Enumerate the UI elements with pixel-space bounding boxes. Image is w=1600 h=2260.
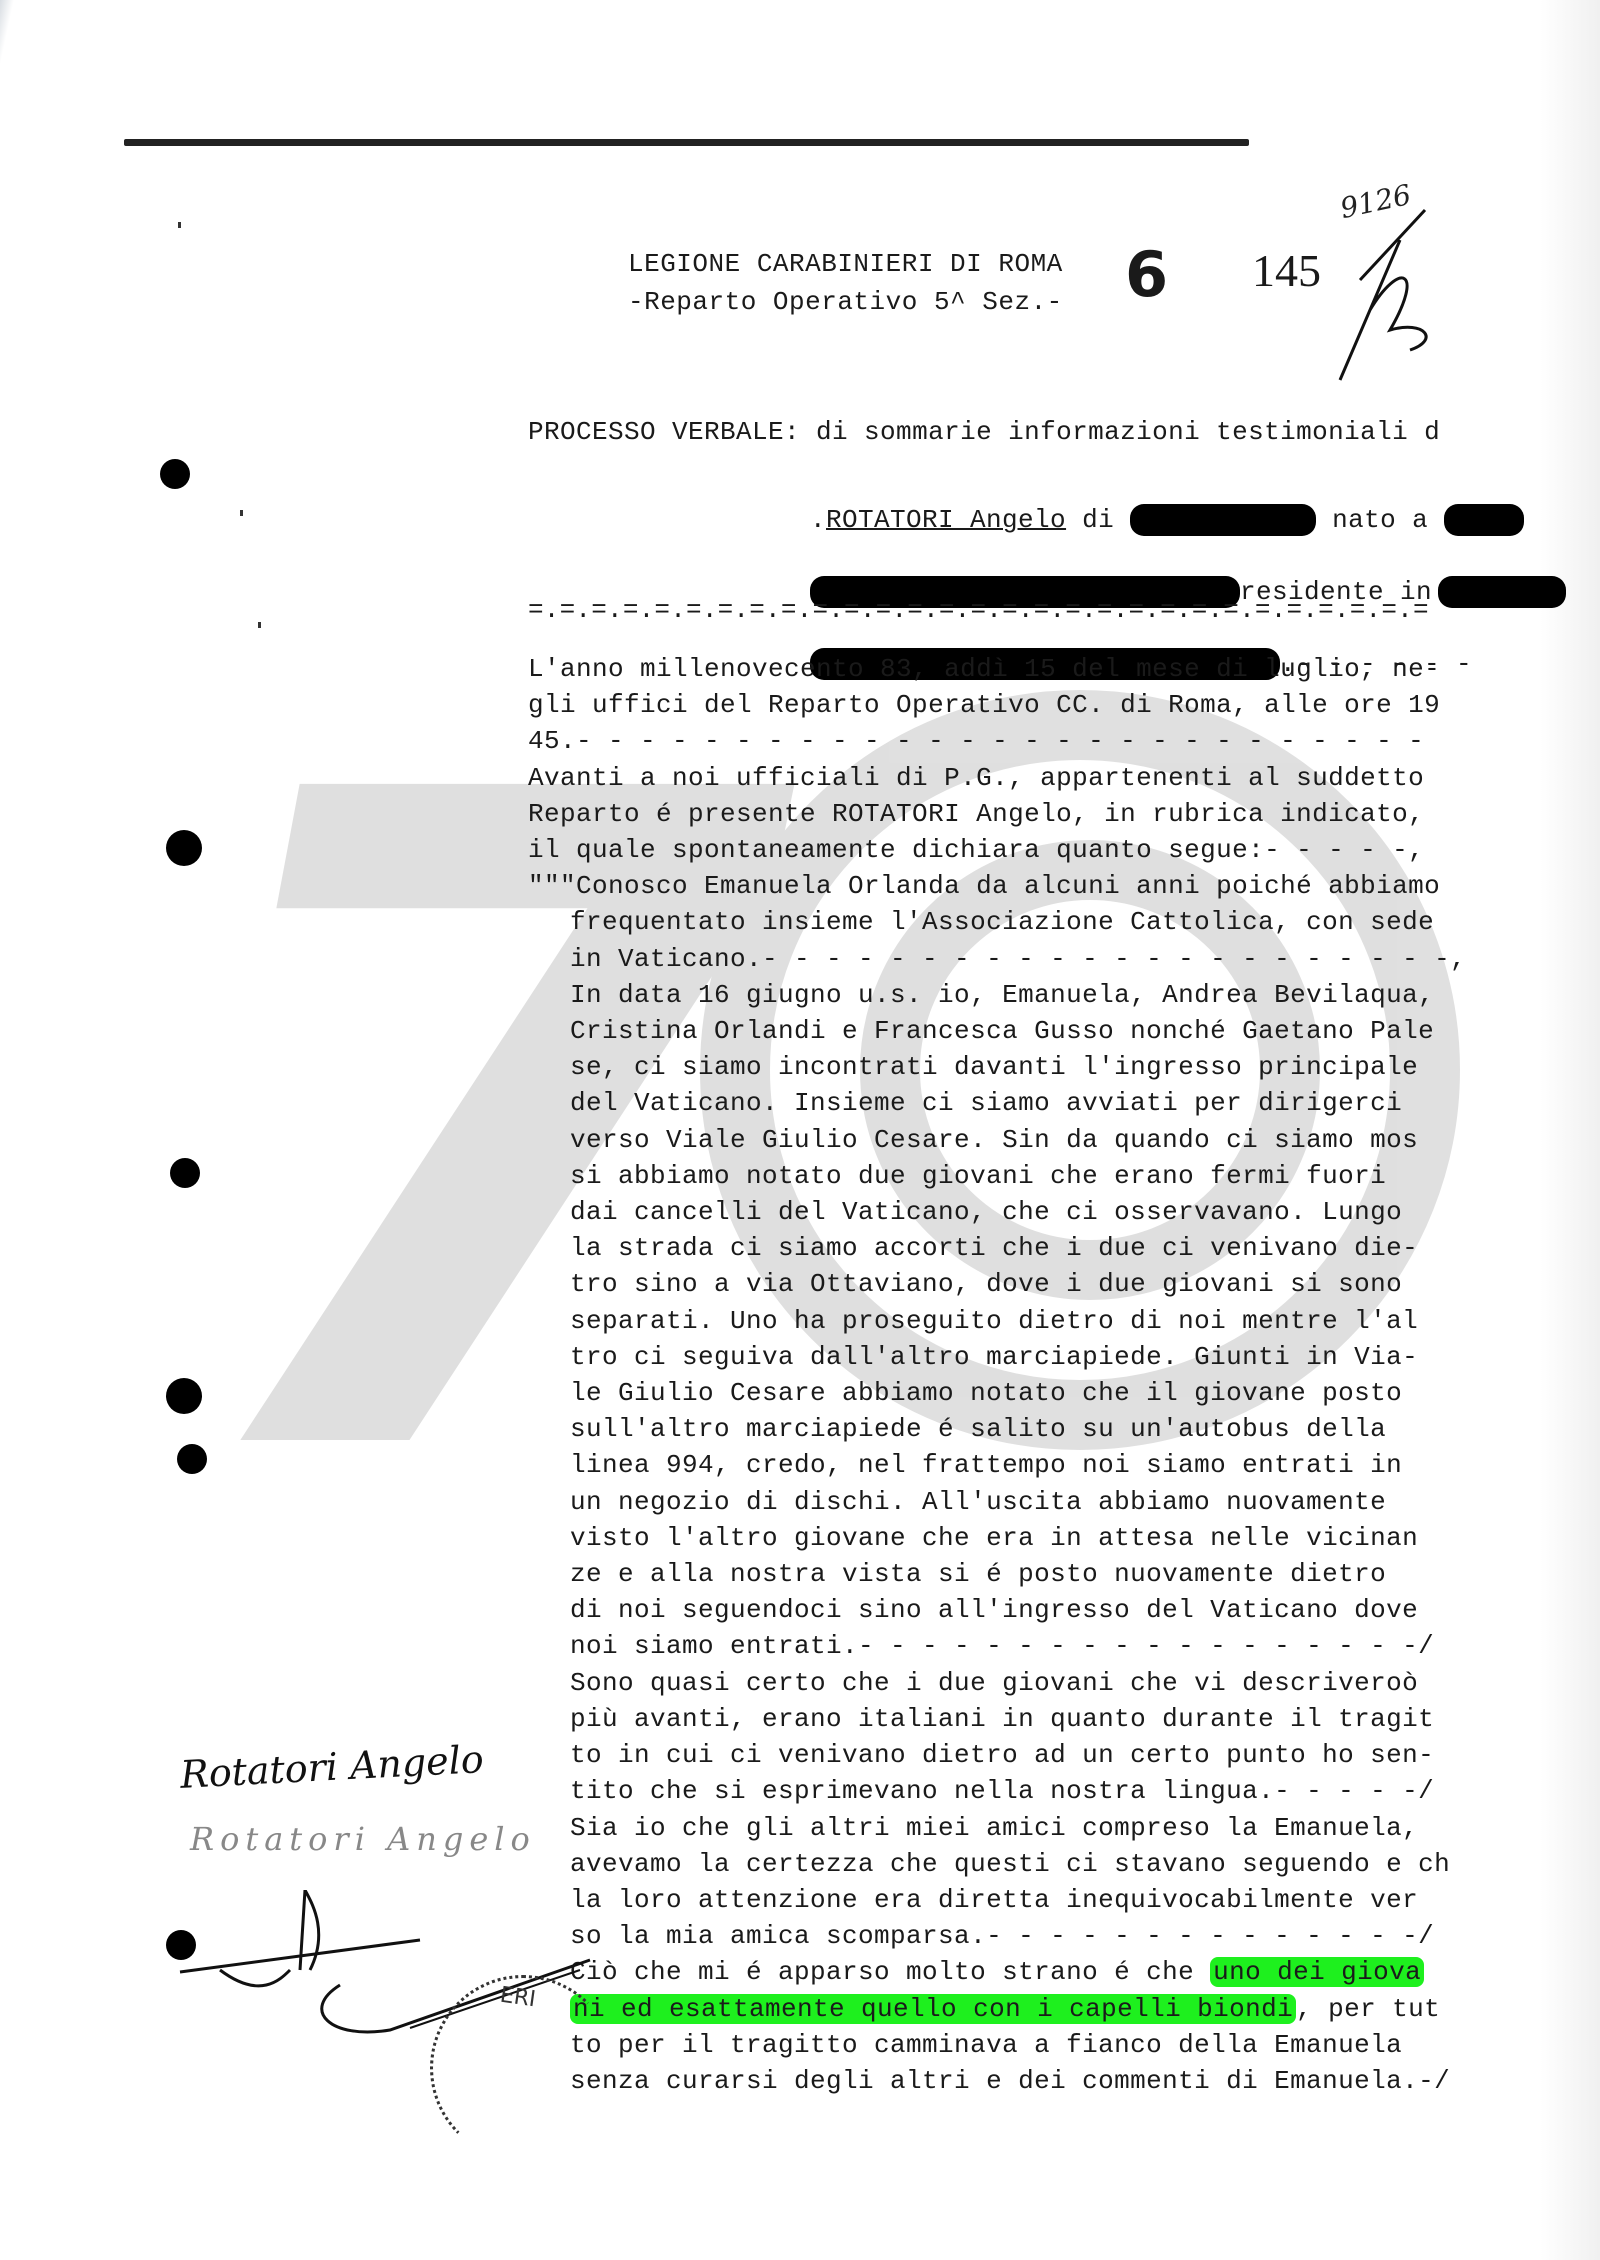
statement-line: tro ci seguiva dall'altro marciapiede. G… xyxy=(528,1339,1466,1375)
scan-page-edge xyxy=(0,0,14,120)
punch-hole xyxy=(160,459,190,489)
statement-line: Avanti a noi ufficiali di P.G., apparten… xyxy=(528,760,1466,796)
statement-line: si abbiamo notato due giovani che erano … xyxy=(528,1158,1466,1194)
statement-line: le Giulio Cesare abbiamo notato che il g… xyxy=(528,1375,1466,1411)
separator-line: =.=.=.=.=.=.=.=.=.=.=.=.=.=.=.=.=.=.=.=.… xyxy=(528,592,1429,628)
punch-hole xyxy=(170,1158,200,1188)
statement-body: L'anno millenovecento 83, addì 15 del me… xyxy=(528,651,1466,2099)
agency-name: LEGIONE CARABINIERI DI ROMA xyxy=(628,245,1063,283)
handwritten-signature: Rotatori Angelo xyxy=(179,1737,485,1797)
top-rule xyxy=(124,139,1249,146)
punch-hole xyxy=(166,1378,202,1414)
subject-nato-a: nato a xyxy=(1316,505,1444,535)
witness-name: ROTATORI Angelo xyxy=(826,505,1066,535)
redaction-bar xyxy=(1444,504,1524,536)
agency-header: LEGIONE CARABINIERI DI ROMA -Reparto Ope… xyxy=(628,245,1063,321)
statement-line: Cristina Orlandi e Francesca Gusso nonch… xyxy=(528,1013,1466,1049)
statement-line: la loro attenzione era diretta inequivoc… xyxy=(528,1882,1466,1918)
punch-hole xyxy=(177,1444,207,1474)
statement-line: Reparto é presente ROTATORI Angelo, in r… xyxy=(528,796,1466,832)
line-text: Ciò che mi é apparso molto strano é che xyxy=(570,1957,1210,1987)
redaction-bar xyxy=(1130,504,1316,536)
page-number: 6 xyxy=(1125,238,1168,311)
statement-line: del Vaticano. Insieme ci siamo avviati p… xyxy=(528,1085,1466,1121)
scan-shadow xyxy=(1540,0,1600,2260)
statement-line: un negozio di dischi. All'uscita abbiamo… xyxy=(528,1484,1466,1520)
statement-line: dai cancelli del Vaticano, che ci osserv… xyxy=(528,1194,1466,1230)
statement-line: di noi seguendoci sino all'ingresso del … xyxy=(528,1592,1466,1628)
statement-line: ze e alla nostra vista si é posto nuovam… xyxy=(528,1556,1466,1592)
statement-line: il quale spontaneamente dichiara quanto … xyxy=(528,832,1466,868)
handwritten-initials-icon xyxy=(1330,200,1440,390)
statement-line: sull'altro marciapiede é salito su un'au… xyxy=(528,1411,1466,1447)
subject-prefix: . xyxy=(810,505,826,535)
scan-speck xyxy=(240,510,243,516)
statement-line: visto l'altro giovane che era in attesa … xyxy=(528,1520,1466,1556)
statement-line: in Vaticano.- - - - - - - - - - - - - - … xyxy=(528,941,1466,977)
punch-hole xyxy=(166,830,202,866)
statement-line: Sia io che gli altri miei amici compreso… xyxy=(528,1810,1466,1846)
scan-speck xyxy=(258,622,261,628)
statement-line: verso Viale Giulio Cesare. Sin da quando… xyxy=(528,1122,1466,1158)
statement-line: L'anno millenovecento 83, addì 15 del me… xyxy=(528,651,1466,687)
statement-line: to per il tragitto camminava a fianco de… xyxy=(528,2027,1466,2063)
statement-line: noi siamo entrati.- - - - - - - - - - - … xyxy=(528,1628,1466,1664)
statement-line: separati. Uno ha proseguito dietro di no… xyxy=(528,1303,1466,1339)
statement-line: più avanti, erano italiani in quanto dur… xyxy=(528,1701,1466,1737)
stamp-text: ERI xyxy=(498,1983,537,2013)
line-text: , per tut xyxy=(1296,1994,1440,2024)
statement-line: 45.- - - - - - - - - - - - - - - - - - -… xyxy=(528,723,1466,759)
statement-line: so la mia amica scomparsa.- - - - - - - … xyxy=(528,1918,1466,1954)
redaction-bar xyxy=(1438,576,1566,608)
statement-line: to in cui ci venivano dietro ad un certo… xyxy=(528,1737,1466,1773)
statement-line: frequentato insieme l'Associazione Catto… xyxy=(528,904,1466,940)
highlighted-text: ni ed esattamente quello con i capelli b… xyxy=(570,1994,1296,2024)
scan-speck xyxy=(178,222,181,228)
protocol-number: 145 xyxy=(1252,244,1321,297)
statement-line: linea 994, credo, nel frattempo noi siam… xyxy=(528,1447,1466,1483)
highlighted-line-1: Ciò che mi é apparso molto strano é che … xyxy=(528,1954,1466,1990)
highlighted-line-2: ni ed esattamente quello con i capelli b… xyxy=(528,1991,1466,2027)
faded-signature: Rotatori Angelo xyxy=(190,1820,536,1858)
subject-di: di xyxy=(1066,505,1130,535)
statement-line: se, ci siamo incontrati davanti l'ingres… xyxy=(528,1049,1466,1085)
agency-section: -Reparto Operativo 5^ Sez.- xyxy=(628,283,1063,321)
statement-line: In data 16 giugno u.s. io, Emanuela, And… xyxy=(528,977,1466,1013)
title-label: PROCESSO VERBALE: xyxy=(528,417,800,447)
statement-line: avevamo la certezza che questi ci stavan… xyxy=(528,1846,1466,1882)
statement-line: gli uffici del Reparto Operativo CC. di … xyxy=(528,687,1466,723)
statement-line: tito che si esprimevano nella nostra lin… xyxy=(528,1773,1466,1809)
statement-line: senza curarsi degli altri e dei commenti… xyxy=(528,2063,1466,2099)
statement-line: la strada ci siamo accorti che i due ci … xyxy=(528,1230,1466,1266)
statement-line: """Conosco Emanuela Orlanda da alcuni an… xyxy=(528,868,1466,904)
document-title: PROCESSO VERBALE: di sommarie informazio… xyxy=(528,414,1440,450)
statement-line: Sono quasi certo che i due giovani che v… xyxy=(528,1665,1466,1701)
statement-line: tro sino a via Ottaviano, dove i due gio… xyxy=(528,1266,1466,1302)
title-text: di sommarie informazioni testimoniali d xyxy=(800,417,1440,447)
highlighted-text: uno dei giova xyxy=(1210,1957,1424,1987)
